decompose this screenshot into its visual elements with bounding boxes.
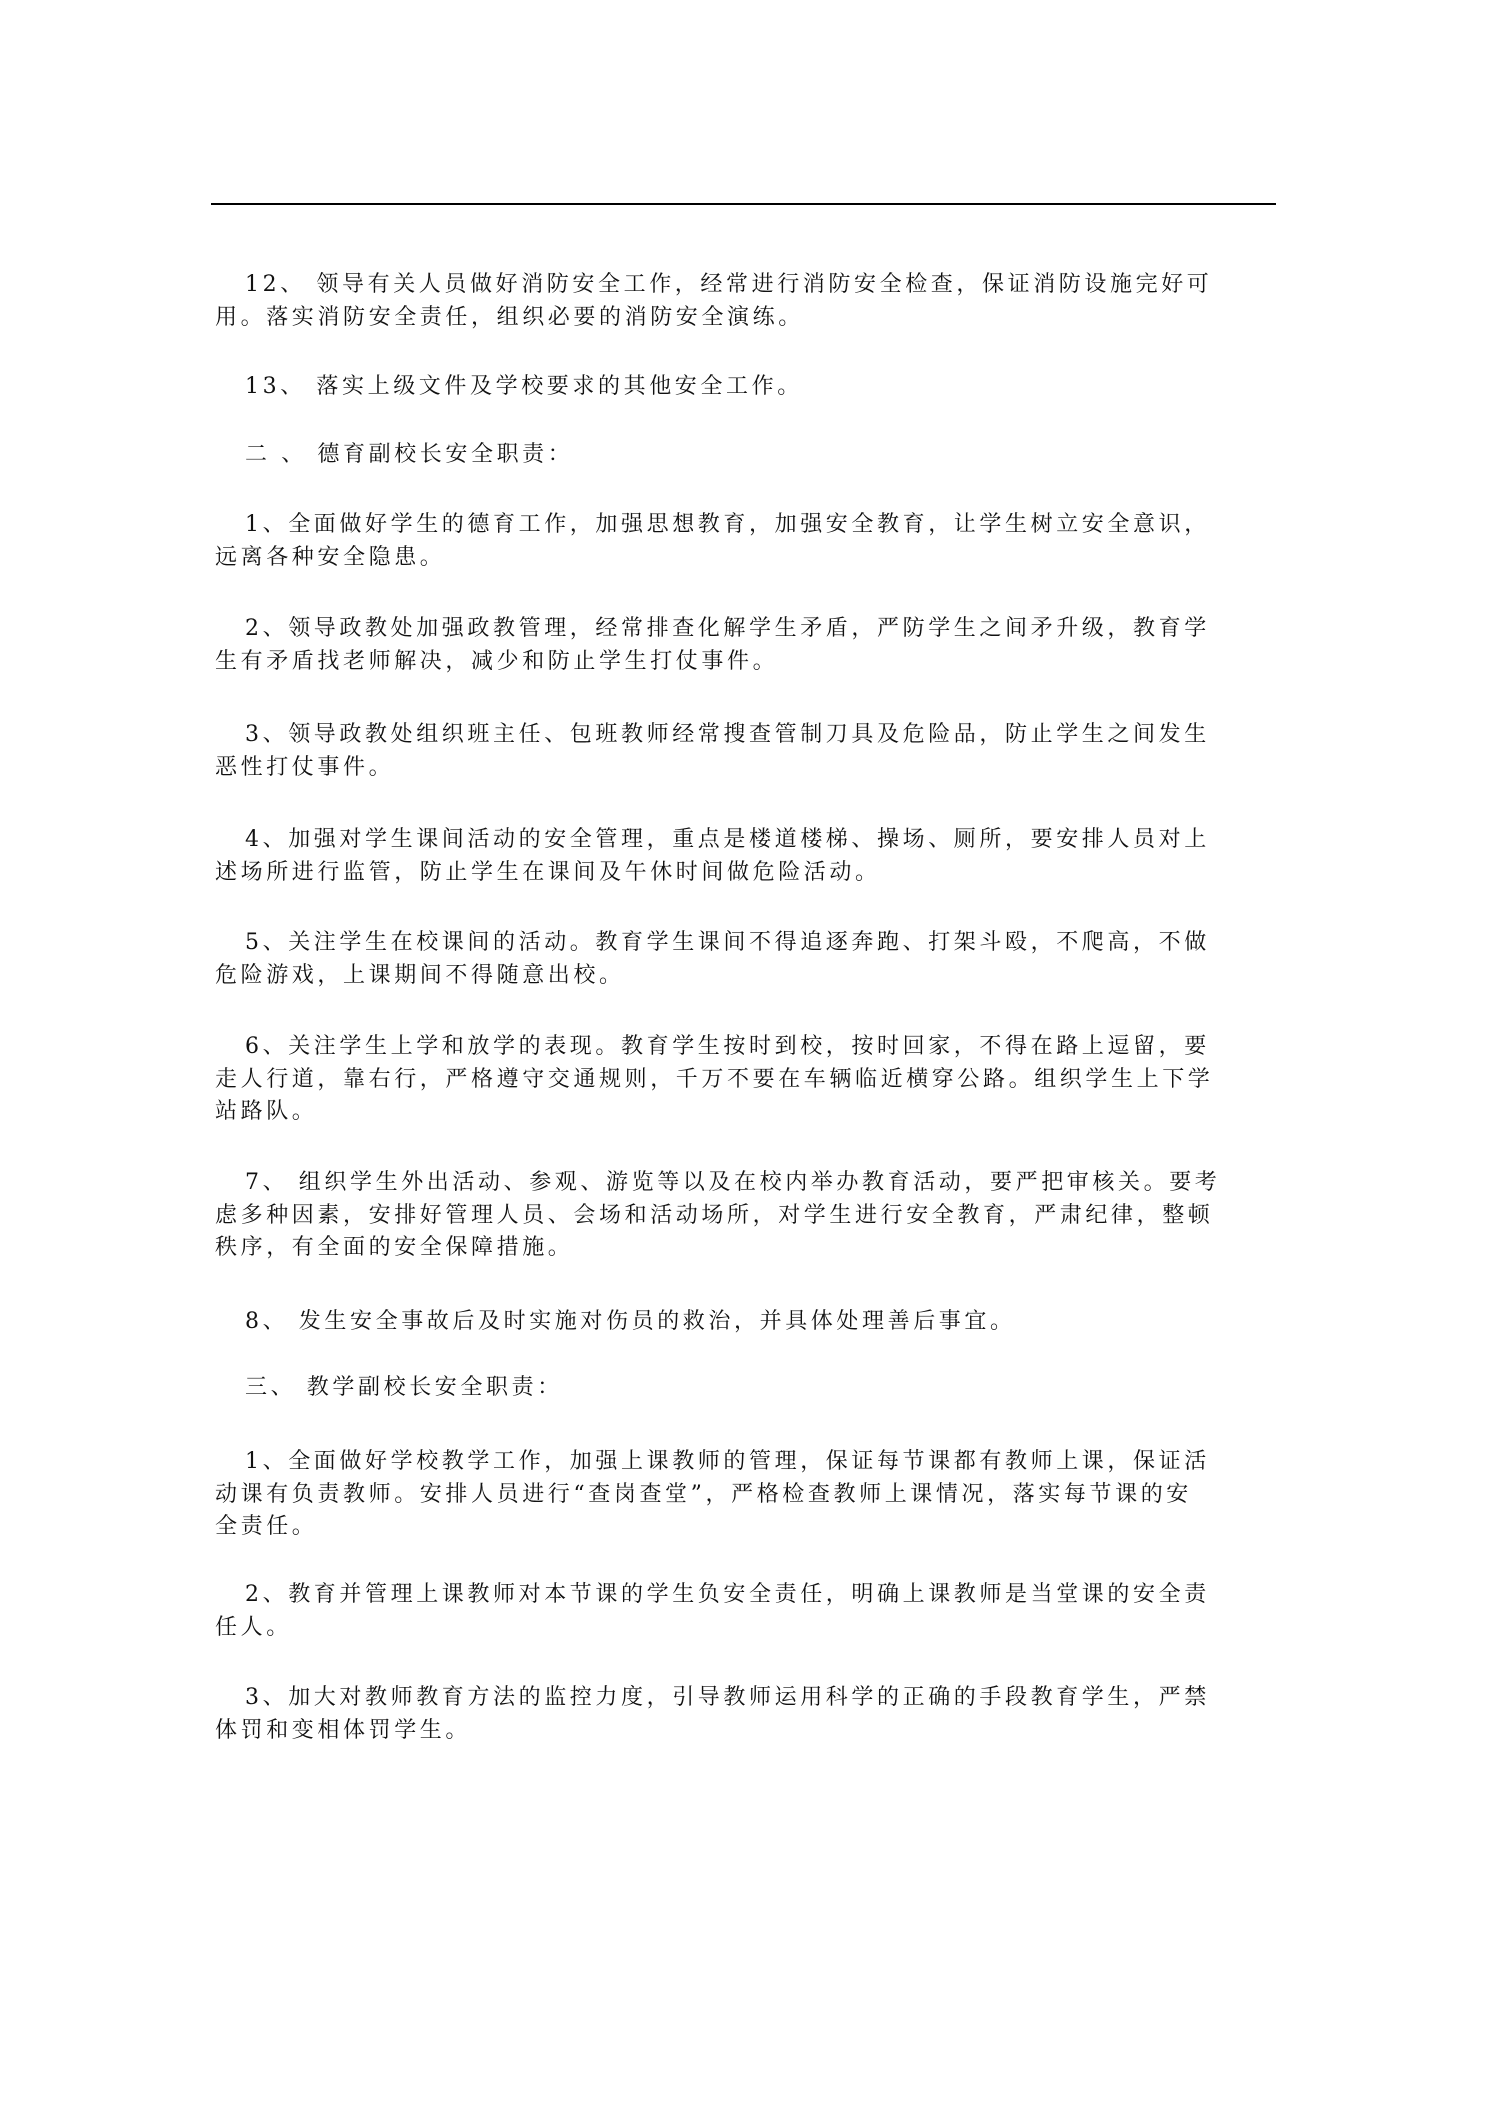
paragraph-line: 5、关注学生在校课间的活动。教育学生课间不得追逐奔跑、打架斗殴，不爬高，不做 xyxy=(215,927,1275,960)
list-item-13: 13、 落实上级文件及学校要求的其他安全工作。 xyxy=(215,371,1275,404)
paragraph-line: 用。落实消防安全责任，组织必要的消防安全演练。 xyxy=(215,302,1275,335)
list-item-moral-5: 5、关注学生在校课间的活动。教育学生课间不得追逐奔跑、打架斗殴，不爬高，不做 危… xyxy=(215,927,1275,992)
list-item-moral-6: 6、关注学生上学和放学的表现。教育学生按时到校，按时回家，不得在路上逗留，要 走… xyxy=(215,1031,1275,1129)
paragraph-line: 站路队。 xyxy=(215,1096,1275,1129)
paragraph-line: 3、加大对教师教育方法的监控力度，引导教师运用科学的正确的手段教育学生，严禁 xyxy=(215,1682,1275,1715)
paragraph-line: 任人。 xyxy=(215,1612,1275,1645)
list-item-moral-1: 1、全面做好学生的德育工作，加强思想教育，加强安全教育，让学生树立安全意识， 远… xyxy=(215,509,1275,574)
list-item-teaching-2: 2、教育并管理上课教师对本节课的学生负安全责任，明确上课教师是当堂课的安全责 任… xyxy=(215,1579,1275,1644)
paragraph-line: 1、全面做好学生的德育工作，加强思想教育，加强安全教育，让学生树立安全意识， xyxy=(215,509,1275,542)
paragraph-line: 全责任。 xyxy=(215,1511,1275,1544)
list-item-moral-7: 7、 组织学生外出活动、参观、游览等以及在校内举办教育活动，要严把审核关。要考 … xyxy=(215,1167,1275,1265)
list-item-moral-4: 4、加强对学生课间活动的安全管理，重点是楼道楼梯、操场、厕所，要安排人员对上 述… xyxy=(215,824,1275,889)
paragraph-line: 2、领导政教处加强政教管理，经常排查化解学生矛盾，严防学生之间矛升级，教育学 xyxy=(215,613,1275,646)
paragraph-line: 走人行道，靠右行，严格遵守交通规则，千万不要在车辆临近横穿公路。组织学生上下学 xyxy=(215,1064,1275,1097)
header-rule xyxy=(211,203,1276,205)
paragraph-line: 恶性打仗事件。 xyxy=(215,752,1275,785)
paragraph-line: 12、 领导有关人员做好消防安全工作，经常进行消防安全检查，保证消防设施完好可 xyxy=(215,269,1275,302)
section-heading-text: 二 、 德育副校长安全职责： xyxy=(215,439,1275,472)
paragraph-line: 远离各种安全隐患。 xyxy=(215,542,1275,575)
paragraph-line: 体罚和变相体罚学生。 xyxy=(215,1715,1275,1748)
list-item-teaching-1: 1、全面做好学校教学工作，加强上课教师的管理，保证每节课都有教师上课，保证活 动… xyxy=(215,1446,1275,1544)
section-heading-vice-principal-teaching: 三、 教学副校长安全职责： xyxy=(215,1372,1275,1405)
paragraph-line: 2、教育并管理上课教师对本节课的学生负安全责任，明确上课教师是当堂课的安全责 xyxy=(215,1579,1275,1612)
list-item-12: 12、 领导有关人员做好消防安全工作，经常进行消防安全检查，保证消防设施完好可 … xyxy=(215,269,1275,334)
paragraph-line: 秩序，有全面的安全保障措施。 xyxy=(215,1232,1275,1265)
paragraph-line: 6、关注学生上学和放学的表现。教育学生按时到校，按时回家，不得在路上逗留，要 xyxy=(215,1031,1275,1064)
paragraph-line: 13、 落实上级文件及学校要求的其他安全工作。 xyxy=(215,371,1275,404)
section-heading-text: 三、 教学副校长安全职责： xyxy=(215,1372,1275,1405)
paragraph-line: 动课有负责教师。安排人员进行“查岗查堂”，严格检查教师上课情况，落实每节课的安 xyxy=(215,1479,1275,1512)
list-item-moral-2: 2、领导政教处加强政教管理，经常排查化解学生矛盾，严防学生之间矛升级，教育学 生… xyxy=(215,613,1275,678)
paragraph-line: 生有矛盾找老师解决，减少和防止学生打仗事件。 xyxy=(215,646,1275,679)
paragraph-line: 7、 组织学生外出活动、参观、游览等以及在校内举办教育活动，要严把审核关。要考 xyxy=(215,1167,1275,1200)
list-item-moral-3: 3、领导政教处组织班主任、包班教师经常搜查管制刀具及危险品，防止学生之间发生 恶… xyxy=(215,719,1275,784)
paragraph-line: 4、加强对学生课间活动的安全管理，重点是楼道楼梯、操场、厕所，要安排人员对上 xyxy=(215,824,1275,857)
paragraph-line: 虑多种因素，安排好管理人员、会场和活动场所，对学生进行安全教育，严肃纪律，整顿 xyxy=(215,1200,1275,1233)
list-item-moral-8: 8、 发生安全事故后及时实施对伤员的救治，并具体处理善后事宜。 xyxy=(215,1306,1275,1339)
paragraph-line: 8、 发生安全事故后及时实施对伤员的救治，并具体处理善后事宜。 xyxy=(215,1306,1275,1339)
paragraph-line: 述场所进行监管，防止学生在课间及午休时间做危险活动。 xyxy=(215,857,1275,890)
paragraph-line: 3、领导政教处组织班主任、包班教师经常搜查管制刀具及危险品，防止学生之间发生 xyxy=(215,719,1275,752)
list-item-teaching-3: 3、加大对教师教育方法的监控力度，引导教师运用科学的正确的手段教育学生，严禁 体… xyxy=(215,1682,1275,1747)
paragraph-line: 1、全面做好学校教学工作，加强上课教师的管理，保证每节课都有教师上课，保证活 xyxy=(215,1446,1275,1479)
paragraph-line: 危险游戏，上课期间不得随意出校。 xyxy=(215,960,1275,993)
section-heading-vice-principal-moral-education: 二 、 德育副校长安全职责： xyxy=(215,439,1275,472)
